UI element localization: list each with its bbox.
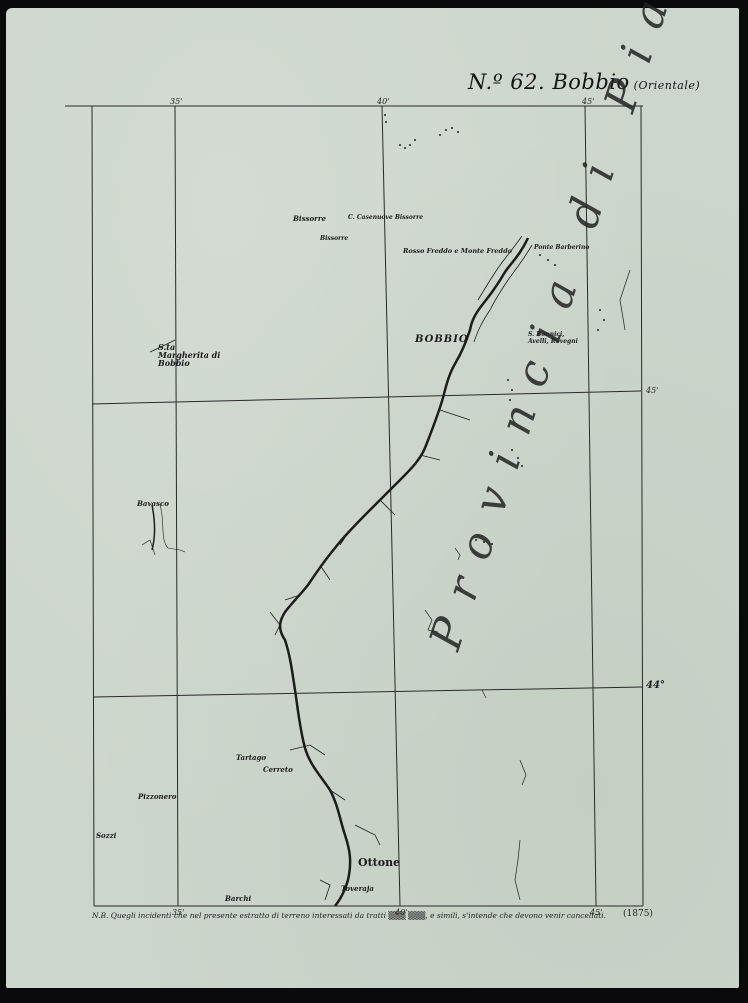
tick-top-35: 35' (170, 97, 182, 106)
tick-top-40: 40' (377, 97, 389, 106)
place-bobbio: BOBBIO (415, 334, 469, 345)
place-ottone: Ottone (358, 856, 400, 869)
map-year: (1875) (623, 909, 653, 919)
place-bissorre-2: Bissorre (320, 235, 348, 242)
tick-top-45: 45' (582, 97, 594, 106)
footnote: N.B. Quegli incidenti che nel presente e… (92, 911, 606, 920)
map-title: N.º 62. Bobbio(Orientale) (468, 70, 700, 94)
place-bissorre-1: Bissorre (293, 214, 326, 223)
place-sozzi: Sozzi (96, 831, 116, 840)
tick-right-45: 45' (646, 386, 658, 395)
tick-right-44: 44° (646, 680, 665, 691)
place-barchi: Barchi (225, 894, 251, 903)
place-toveraja: Toveraja (341, 884, 374, 893)
place-tartago: Tartago (236, 753, 266, 762)
place-cerreto: Cerreto (263, 765, 293, 774)
place-santa-margherita: S.ta Margherita di Bobbio (158, 343, 228, 367)
place-bavasco: Bavasco (137, 499, 169, 508)
place-rosso-freddo: Rosso Freddo e Monte Freddo (403, 247, 512, 255)
place-casenuove: C. Casenuove Bissorre (348, 214, 423, 221)
place-pizzonero: Pizzonero (138, 792, 176, 801)
map-graphics (0, 0, 748, 1003)
